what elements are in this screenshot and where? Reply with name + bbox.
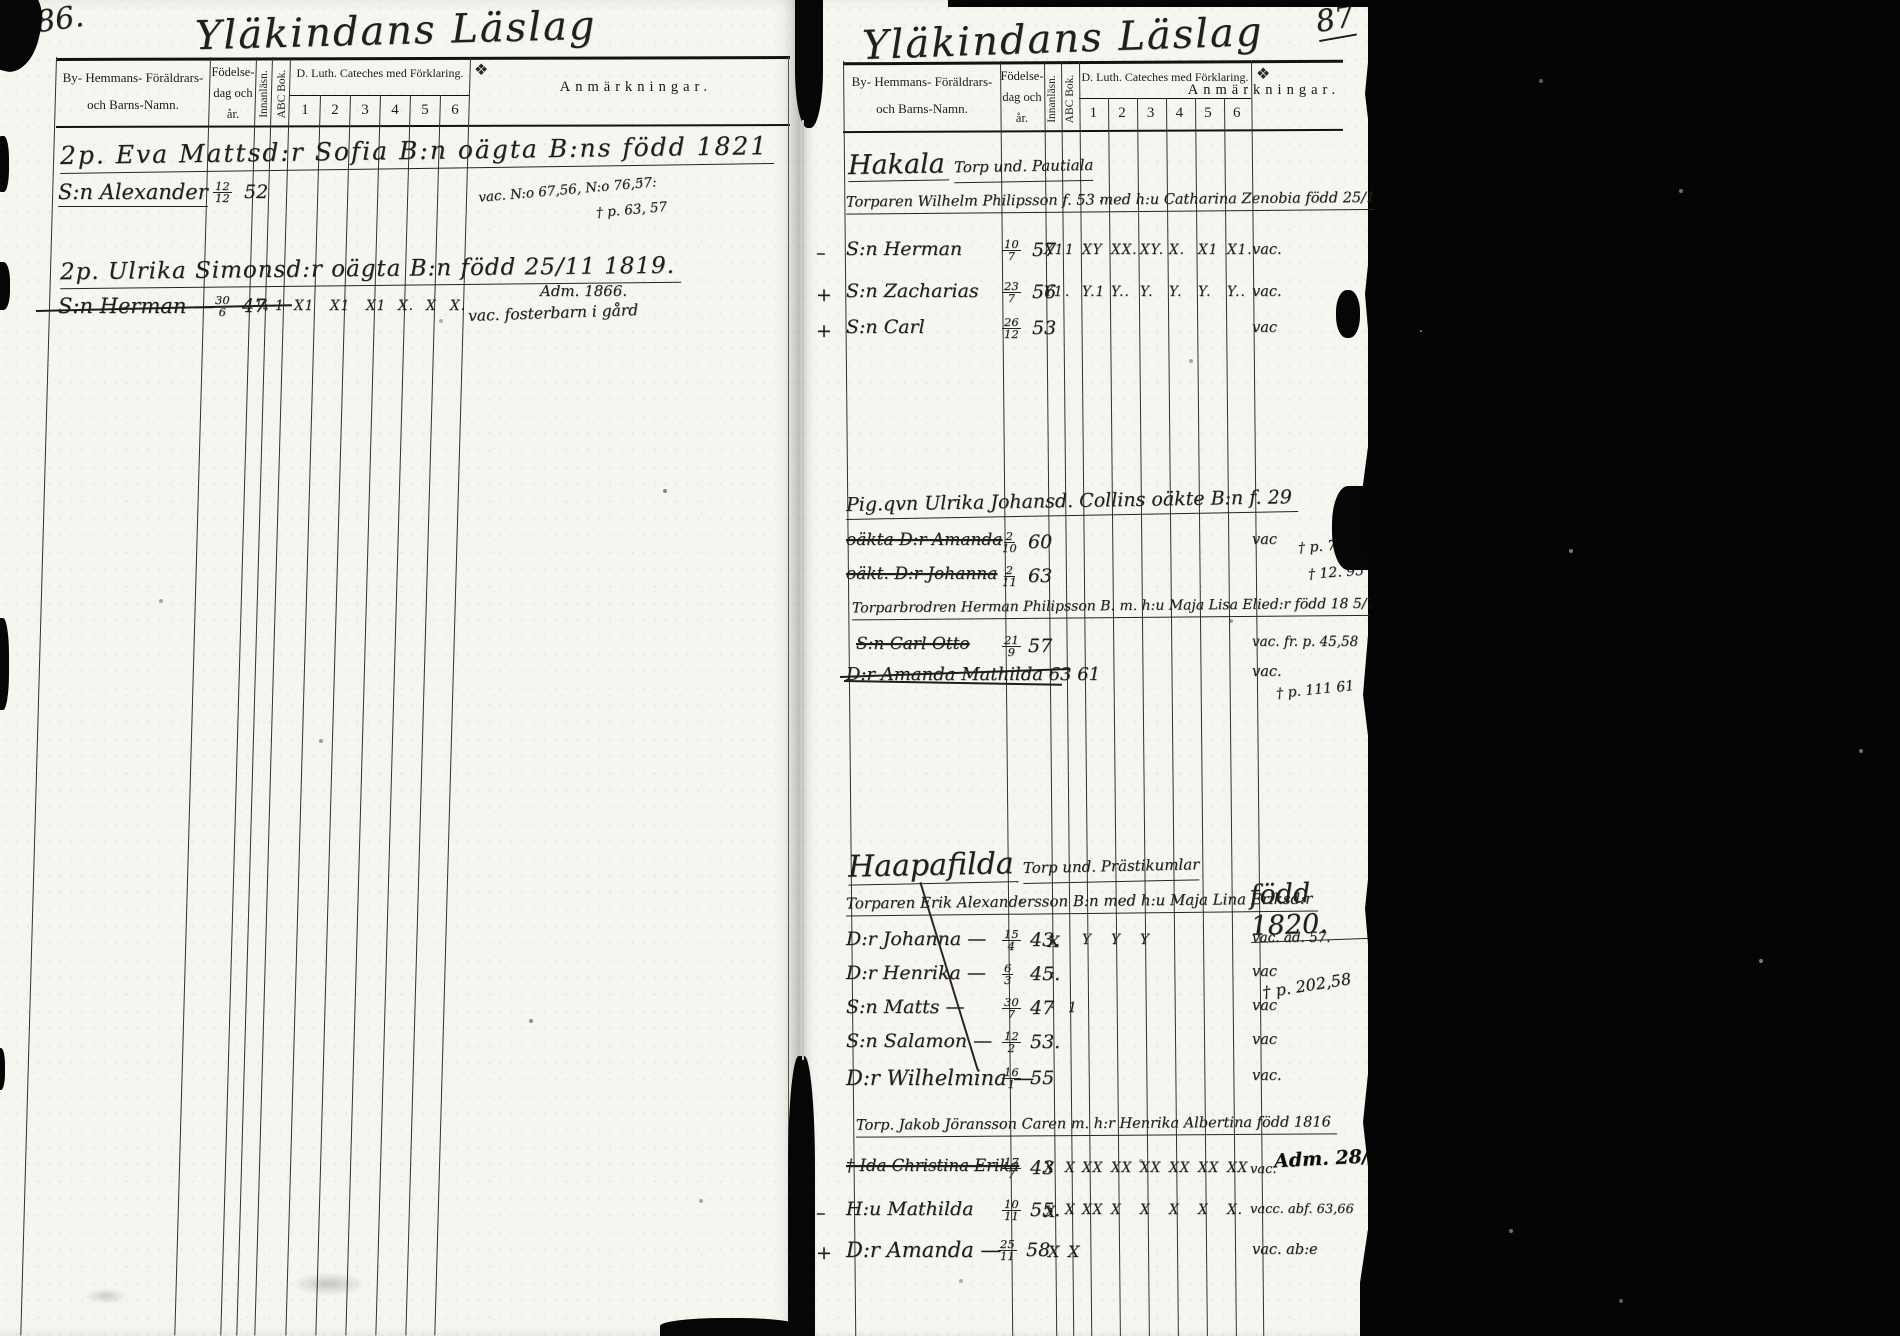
column-rule [254,57,291,1336]
column-header-names: By- Hemmans- Föräldrars- och Barns-Namn. [844,68,1000,122]
names-header-line1: By- Hemmans- Föräldrars- [56,64,210,91]
remark: vac. ad. 57. [1252,930,1331,946]
mark: XX [1111,1160,1132,1176]
mark: Y [1111,932,1121,948]
mark: X [1140,1202,1151,1218]
birth-year: 53. [1030,1031,1060,1053]
birth-year: 53 [1032,317,1056,339]
column-header-remarks: Anmärkningar. [492,79,780,96]
mark: XX. [1111,242,1138,258]
mark: . [1065,284,1070,300]
birth-year: 60 [1028,531,1052,553]
mark: X1 [330,298,350,314]
column-rule [174,57,211,1336]
column-header-abc: ABC Bok. [1063,64,1077,134]
mark: Y [1082,932,1092,948]
birth-year: 58 [1026,1239,1050,1261]
family-entry-erik: Torparen Erik Alexandersson B:n med h:u … [846,890,1319,917]
gutter-ink-top [795,0,823,128]
person-name: † Ida Christina Erika [846,1156,1019,1175]
mark: Y.. [1111,284,1130,300]
mark: Y. [1169,284,1182,300]
names-header-line2: och Barns-Namn. [56,91,210,118]
mark: X [1048,1242,1060,1261]
column-header-abc: ABC Bok. [275,59,289,129]
mark: X [1044,1160,1055,1176]
ink-blot [1336,290,1360,338]
mark: XX [1227,1160,1248,1176]
remark: vac [1252,964,1277,980]
mark: XX [1082,1160,1103,1176]
person-name: S:n Carl [846,316,925,338]
paper-specks [1100,200,1102,202]
mark: X1 [1044,242,1064,258]
remark: † p. 63, 57 [595,199,667,221]
ink-blot [0,262,10,310]
top-edge-ink [948,0,1368,7]
mark: Y. [1140,284,1153,300]
mark: Y. [1198,284,1211,300]
person-name: S:n Matts — [846,996,965,1018]
person-name: S:n Herman [846,238,962,260]
family-entry-ulrika-johansd: Pig.qvn Ulrika Johansd. Collins oäkte B:… [846,486,1298,520]
section-heading-hakala: Hakala Torp und. Pautiala [848,146,1094,181]
family-entry-eva: 2p. Eva Mattsd:r Sofia B:n oägta B:ns fö… [60,131,775,174]
table-top-border [56,56,790,61]
column-header-remarks: Anmärkningar. [1160,82,1368,99]
mark: X1. [1227,242,1253,258]
column-rule [20,57,57,1336]
remark: vac. fosterbarn i gård [468,301,639,325]
remark: vac. [1252,242,1282,258]
birth-year: 55 [1030,1067,1054,1089]
person-name: oäkt. D:r Johanna [846,564,997,584]
remark: vac. fr. p. 45,58 [1252,634,1358,650]
mark: Y.. [1227,284,1246,300]
ink-blot [0,136,9,192]
person-name: H:u Mathilda [846,1198,974,1220]
margin-mark: + [816,284,832,306]
mark: 1 [1068,1000,1078,1016]
mark: XX [1140,1160,1161,1176]
column-header-reading: Innanläsn. [1045,64,1059,134]
scan-margin-black [1360,0,1900,1336]
column-header-reading: Innanläsn. [257,59,271,129]
column-rule [434,57,471,1336]
person-name: D:r Henrika — [846,962,986,984]
mark: X [1044,1202,1056,1221]
family-entry-jakob: Torp. Jakob Jöransson Caren m. h:r Henri… [856,1114,1337,1137]
remark: vac. [1252,664,1282,680]
smudge [292,1272,366,1296]
mark: X [1068,1242,1080,1261]
mark: XX [1082,1202,1103,1218]
right-page: 87 Yläkindans Läslag By- Hemmans- Föräld… [800,0,1368,1336]
mark: X [1065,1202,1076,1218]
mark: X1 [294,298,314,314]
mark: X [426,298,437,314]
ink-blot [0,618,9,710]
column-header-birth: Födelse- dag och år. [210,62,256,125]
margin-mark: – [816,242,826,264]
mark: Y [1140,932,1150,948]
remark: vacc. abf. 63,66 [1250,1202,1354,1217]
remark: vac [1252,1032,1277,1048]
family-entry-herman-philipsson: Torparbrodren Herman Philipsson B. m. h:… [852,596,1404,621]
margin-mark: – [816,1202,826,1224]
scanned-parish-register: 86. Yläkindans Läslag By- Hemmans- Föräl… [0,0,1900,1336]
remark: vac [1252,532,1277,548]
margin-mark: + [816,320,832,342]
smudge [84,1288,128,1304]
person-name: S:n Zacharias [846,280,979,302]
mark: X [1065,1160,1076,1176]
scan-noise-specks [1420,330,1422,332]
mark: : [1050,966,1056,982]
gutter-ink-bottom [788,1056,815,1336]
column-rule [236,57,273,1336]
remark: Adm. 1866. [540,282,627,300]
birth-date: 12 12 [213,181,232,203]
mark: XY. [1140,242,1164,258]
family-entry-wilhelm: Torparen Wilhelm Philipsson f. 53 med h:… [846,189,1437,214]
mark: X. [450,298,466,314]
person-name: S:n Alexander [58,180,208,207]
person-name: D:r Johanna — [846,928,986,950]
birth-year: 63 [1028,565,1052,587]
header-bottom-border [56,124,790,127]
remark: vac [1252,998,1277,1014]
birth-year: 57 [1028,635,1052,657]
remark: vac. [1252,1068,1282,1084]
mark: XY [1082,242,1103,258]
mark: XX [1169,1160,1190,1176]
person-name: D:r Amanda — [846,1238,1001,1262]
ornament-icon: ❖ [1256,64,1270,84]
column-header-catechism: D. Luth. Cateches med Förklaring. [290,66,470,81]
mark: X1 [366,298,386,314]
remark: vac [1252,320,1277,336]
mark: Y.1 [1082,284,1105,300]
bottom-edge-ink [660,1318,800,1336]
mark: X. [1227,1202,1243,1218]
mark: XX [1198,1160,1219,1176]
mark: X. [1169,242,1185,258]
left-page: 86. Yläkindans Läslag By- Hemmans- Föräl… [0,0,800,1336]
page-title-handwritten: Yläkindans Läslag [194,3,597,59]
mark: Y1 [1044,284,1064,300]
birth-year: 52 [244,181,268,203]
column-rule [220,57,257,1336]
mark: X [1169,1202,1180,1218]
mark: X1 [1198,242,1218,258]
mark: X [1111,1202,1122,1218]
column-header-birth: Födelse- dag och år. [1000,66,1044,129]
person-name: oäkta D:r Amanda [846,530,1002,550]
mark: 1 [1065,242,1075,258]
paper-specks [640,180,642,182]
mark: X [1198,1202,1209,1218]
gutter-crease [802,120,804,1060]
ink-blot [0,1048,5,1090]
remark: vac. [1250,1162,1277,1177]
section-heading-haapa: Haapafilda Torp und. Prästikumlar [848,842,1200,884]
column-header-names: By- Hemmans- Föräldrars- och Barns-Namn. [56,64,210,118]
mark: X. [398,298,414,314]
mark: X [1048,932,1060,951]
header-bottom-border [843,129,1343,133]
remark: vac. [1252,284,1282,300]
margin-mark: + [816,1242,832,1264]
person-name: S:n Carl Otto [856,634,970,654]
margin-note: † p. 111 61 [1275,678,1355,702]
remark: vac. ab:e [1252,1242,1318,1258]
ornament-icon: ❖ [474,60,488,80]
mark: · [1050,1000,1055,1016]
